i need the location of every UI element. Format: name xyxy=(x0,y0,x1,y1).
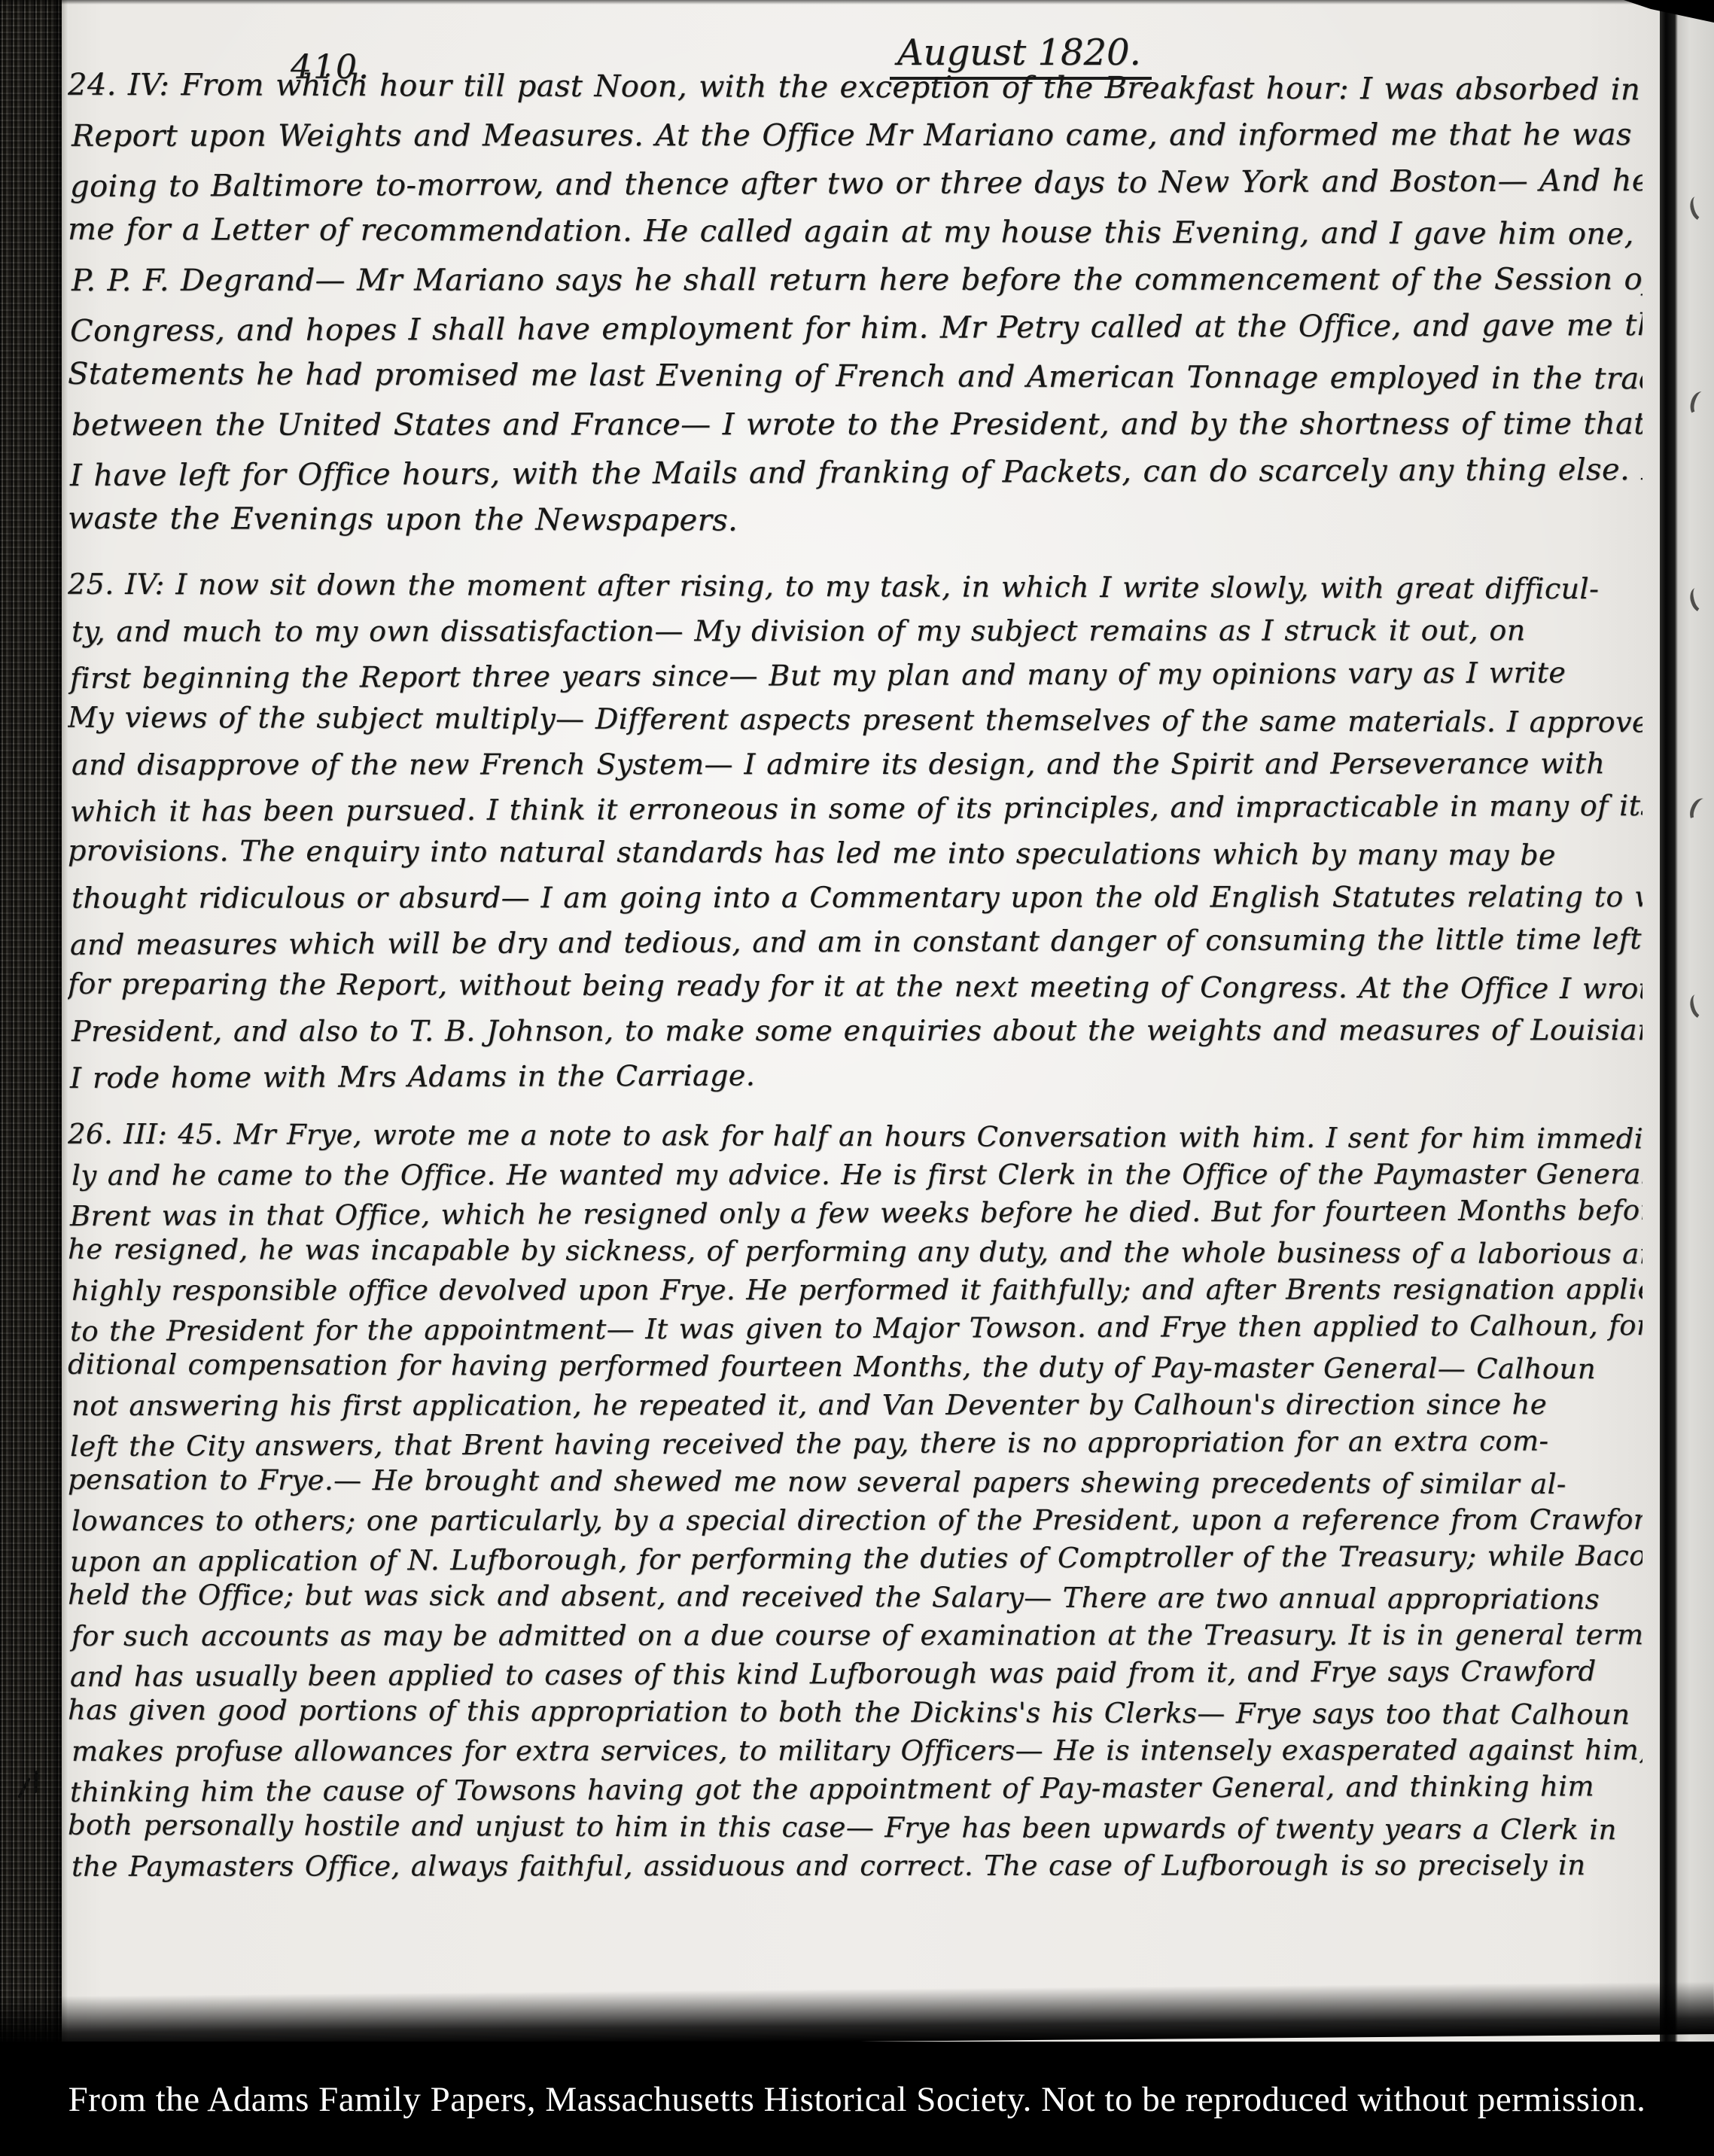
manuscript-line: I have left for Office hours, with the M… xyxy=(70,446,1642,500)
manuscript-line: highly responsible office devolved upon … xyxy=(72,1270,1642,1310)
manuscript-line: going to Baltimore to-morrow, and thence… xyxy=(70,157,1642,211)
manuscript-line: 25. IV: I now sit down the moment after … xyxy=(68,562,1642,612)
manuscript-line: both personally hostile and unjust to hi… xyxy=(68,1806,1642,1850)
manuscript-line: for preparing the Report, without being … xyxy=(68,962,1642,1012)
diary-entry: 26. III: 45. Mr Frye, wrote me a note to… xyxy=(68,1117,1642,1885)
manuscript-line: which it has been pursued. I think it er… xyxy=(70,784,1642,834)
manuscript-line: and disapprove of the new French System—… xyxy=(72,742,1642,787)
manuscript-line: ty, and much to my own dissatisfaction— … xyxy=(72,608,1642,654)
manuscript-line: between the United States and France— I … xyxy=(72,400,1642,449)
manuscript-line: P. P. F. Degrand— Mr Mariano says he sha… xyxy=(72,255,1642,305)
manuscript-line: not answering his first application, he … xyxy=(72,1385,1642,1425)
manuscript-line: left the City answers, that Brent having… xyxy=(70,1421,1642,1466)
manuscript-line: me for a Letter of recommendation. He ca… xyxy=(68,206,1642,259)
manuscript-line: waste the Evenings upon the Newspapers. xyxy=(68,495,1642,548)
manuscript-line: ly and he came to the Office. He wanted … xyxy=(72,1155,1642,1195)
manuscript-line: first beginning the Report three years s… xyxy=(70,650,1642,701)
book-binding xyxy=(0,0,62,2156)
manuscript-line: thinking him the cause of Towsons having… xyxy=(70,1767,1642,1811)
manuscript-line: upon an application of N. Lufborough, fo… xyxy=(70,1536,1642,1581)
facing-page-edge xyxy=(1660,0,1714,2048)
manuscript-line: makes profuse allowances for extra servi… xyxy=(72,1731,1642,1771)
credit-text: From the Adams Family Papers, Massachuse… xyxy=(0,2079,1714,2120)
manuscript-line: Congress, and hopes I shall have employm… xyxy=(70,301,1642,355)
margin-mark xyxy=(23,1771,38,1804)
manuscript-line: President, and also to T. B. Johnson, to… xyxy=(72,1008,1642,1054)
manuscript-line: provisions. The enquiry into natural sta… xyxy=(68,829,1642,879)
manuscript-line: for such accounts as may be admitted on … xyxy=(72,1615,1642,1655)
manuscript-line: has given good portions of this appropri… xyxy=(68,1691,1642,1734)
manuscript-line: lowances to others; one particularly, by… xyxy=(72,1500,1642,1540)
diary-entry: 25. IV: I now sit down the moment after … xyxy=(68,565,1642,1098)
manuscript-line: to the President for the appointment— It… xyxy=(70,1306,1642,1351)
manuscript-line: 24. IV: From which hour till past Noon, … xyxy=(68,63,1642,114)
manuscript-line: pensation to Frye.— He brought and shewe… xyxy=(68,1460,1642,1504)
manuscript-body: 24. IV: From which hour till past Noon, … xyxy=(68,63,1642,1990)
manuscript-line: Statements he had promised me last Eveni… xyxy=(68,350,1642,403)
manuscript-line: Report upon Weights and Measures. At the… xyxy=(72,111,1642,160)
manuscript-line: the Paymasters Office, always faithful, … xyxy=(72,1846,1642,1886)
manuscript-line: and has usually been applied to cases of… xyxy=(70,1652,1642,1696)
manuscript-line: ditional compensation for having perform… xyxy=(68,1345,1642,1389)
manuscript-line: and measures which will be dry and tedio… xyxy=(70,917,1642,967)
manuscript-line: Brent was in that Office, which he resig… xyxy=(70,1191,1642,1235)
manuscript-line: I rode home with Mrs Adams in the Carria… xyxy=(70,1050,1642,1101)
manuscript-scan: 410. August 1820. 24. IV: From which hou… xyxy=(0,0,1714,2156)
diary-entry: 24. IV: From which hour till past Noon, … xyxy=(68,63,1642,545)
manuscript-line: My views of the subject multiply— Differ… xyxy=(68,696,1642,745)
scan-top-edge xyxy=(62,0,1714,5)
manuscript-line: thought ridiculous or absurd— I am going… xyxy=(72,875,1642,921)
manuscript-line: held the Office; but was sick and absent… xyxy=(68,1576,1642,1619)
manuscript-line: he resigned, he was incapable by sicknes… xyxy=(68,1230,1642,1274)
manuscript-line: 26. III: 45. Mr Frye, wrote me a note to… xyxy=(68,1115,1642,1159)
